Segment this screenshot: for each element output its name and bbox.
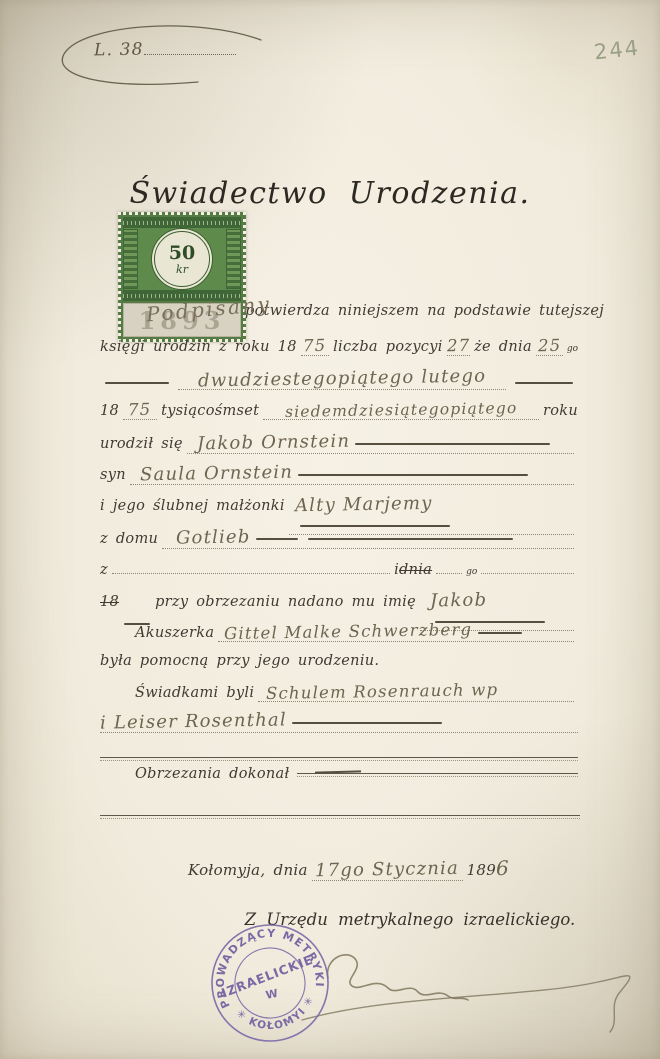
stamp-green-panel: 50 kr	[123, 217, 241, 301]
handwritten-maiden-name: Gotlieb	[176, 526, 251, 548]
printed-dnia-struck: dnia	[399, 562, 432, 578]
stamp-value-medallion: 50 kr	[151, 228, 213, 290]
year-words-line: 18 75 tysiącośmset siedemdziesiątegopiąt…	[100, 400, 578, 420]
entry-position-number: 27	[447, 336, 470, 356]
printed-ordinal-suffix: go	[567, 344, 578, 354]
stamp-top-band	[123, 217, 241, 228]
ledger-number-text: L. 38	[94, 40, 144, 61]
mohel-line: Obrzezania dokonał	[135, 766, 578, 782]
stamp-left-ornament	[123, 229, 138, 289]
printed-year-prefix: 18	[100, 403, 119, 419]
handwritten-day: 25	[537, 336, 561, 355]
printed-midwife: Akuszerka	[135, 625, 214, 641]
registry-line: księgi urodzin z roku 18 75 liczba pozyc…	[100, 336, 578, 356]
witnesses-line: Świadkami byli Schulem Rosenrauch wp	[135, 682, 578, 702]
document-page: L. 38 244 Świadectwo Urodzenia. 50 kr 18…	[0, 0, 660, 1059]
handwritten-midwife-name: Gittel Malke Schwerzberg	[224, 620, 473, 643]
entry-place-blank	[112, 559, 390, 574]
pen-stroke	[478, 632, 522, 634]
handwritten-witness-2: i Leiser Rosenthal	[100, 709, 287, 733]
stamp-value: 50	[169, 244, 195, 263]
maiden-name-line: z domu Gotlieb	[100, 527, 578, 549]
birthdate-words-line: dwudziestegopiątego lutego	[100, 368, 578, 390]
printed-year-189: 189	[467, 861, 497, 879]
entry-mohel-blank	[297, 773, 578, 777]
handwritten-year-digit: 6	[496, 856, 510, 880]
handwritten-witness-1: Schulem Rosenrauch wp	[266, 680, 499, 703]
printed-registry-2: liczba pozycyi	[333, 339, 443, 355]
entry-birthdate-words: dwudziestegopiątego lutego	[178, 368, 506, 390]
printed-thousand: tysiącośmset	[161, 403, 259, 419]
handwritten-father-name: Saula Ornstein	[140, 462, 293, 486]
entry-father-name: Saula Ornstein	[130, 463, 574, 485]
entry-year-digits: 75	[123, 400, 157, 420]
printed-intro: potwierdza niniejszem na podstawie tutej…	[245, 303, 604, 319]
pen-stroke	[105, 382, 169, 384]
handwritten-child-name: Jakob Ornstein	[197, 431, 351, 455]
ledger-number: L. 38	[94, 40, 236, 60]
stamp-right-ornament	[226, 229, 241, 289]
pen-circle-mark	[46, 24, 276, 96]
handwritten-given-name: Jakob	[430, 590, 488, 612]
blank-fill-line	[100, 757, 578, 761]
handwritten-position-number: 27	[447, 336, 471, 355]
printed-witnesses: Świadkami byli	[135, 685, 254, 701]
printed-circumcision: przy obrzezaniu nadano mu imię	[155, 594, 416, 610]
born-line: urodził się Jakob Ornstein	[100, 432, 578, 454]
pen-stroke	[355, 443, 550, 445]
pen-stroke	[292, 722, 442, 724]
printed-from: z	[100, 562, 108, 578]
entry-day: 25	[536, 336, 563, 356]
father-line: syn Saula Ornstein	[100, 463, 578, 485]
entry-trailing-blank	[481, 559, 574, 574]
pen-stroke	[515, 382, 573, 384]
pen-stroke	[298, 474, 528, 476]
handwritten-mother-name: Alty Marjemy	[295, 493, 433, 516]
official-signature	[300, 938, 650, 1043]
entry-witness-1: Schulem Rosenrauch wp	[258, 682, 574, 702]
printed-born: urodził się	[100, 436, 183, 452]
intro-line: potwierdza niniejszem na podstawie tutej…	[245, 303, 578, 319]
printed-son-of: syn	[100, 467, 126, 483]
entry-witness-2: i Leiser Rosenthal	[100, 711, 578, 733]
handwritten-birthdate-words: dwudziestegopiątego lutego	[198, 365, 487, 391]
printed-mohel: Obrzezania dokonał	[135, 766, 289, 782]
page-title: Świadectwo Urodzenia.	[0, 176, 660, 211]
ledger-dotted-line	[144, 44, 236, 55]
stamp-unit: kr	[176, 264, 188, 275]
blank-fill-line	[100, 815, 580, 819]
entry-year-words: siedemdziesiątegopiątego	[263, 400, 539, 420]
printed-registry-3: że dnia	[474, 339, 532, 355]
printed-midwife-note: była pomocną przy jego urodzeniu.	[100, 653, 379, 669]
printed-maiden-name: z domu	[100, 531, 158, 547]
printed-roku: roku	[543, 403, 578, 419]
handwritten-year-words: siedemdziesiątegopiątego	[285, 399, 518, 421]
seal-center-text-2: W	[265, 987, 281, 1002]
archival-number: 244	[593, 36, 641, 65]
witnesses-line-2: i Leiser Rosenthal	[100, 711, 578, 733]
printed-registry-1: księgi urodzin z roku 18	[100, 339, 297, 355]
entry-maiden-name: Gotlieb	[162, 527, 574, 549]
pen-stroke	[256, 538, 298, 540]
handwritten-year-digits: 75	[128, 400, 152, 419]
entry-issue-date: 17go Stycznia	[312, 859, 463, 881]
handwritten-year-short: 75	[303, 336, 327, 355]
printed-place-date: Kołomyja, dnia	[188, 861, 308, 879]
midwife-note-line: była pomocną przy jego urodzeniu.	[100, 653, 578, 669]
office-seal: PROWADZĄCY METRYKI ✳ KOŁOMYI ✳ IZRAELICK…	[192, 905, 349, 1059]
place-and-day-line: z i dnia go	[100, 559, 578, 578]
printed-mother: i jego ślubnej małżonki	[100, 498, 285, 514]
pen-stroke	[315, 770, 361, 773]
midwife-line: Akuszerka Gittel Malke Schwerzberg	[135, 622, 578, 642]
printed-ordinal-suffix: go	[466, 567, 477, 577]
entry-day-blank	[436, 559, 462, 574]
entry-midwife-name: Gittel Malke Schwerzberg	[218, 622, 574, 642]
printed-18-struck: 18	[100, 594, 119, 610]
entry-child-name: Jakob Ornstein	[187, 432, 574, 454]
pen-stroke	[308, 538, 513, 540]
entry-year-short: 75	[301, 336, 329, 356]
issue-date-line: Kołomyja, dnia 17go Stycznia 1896	[188, 856, 510, 881]
handwritten-issue-date: 17go Stycznia	[315, 858, 459, 882]
